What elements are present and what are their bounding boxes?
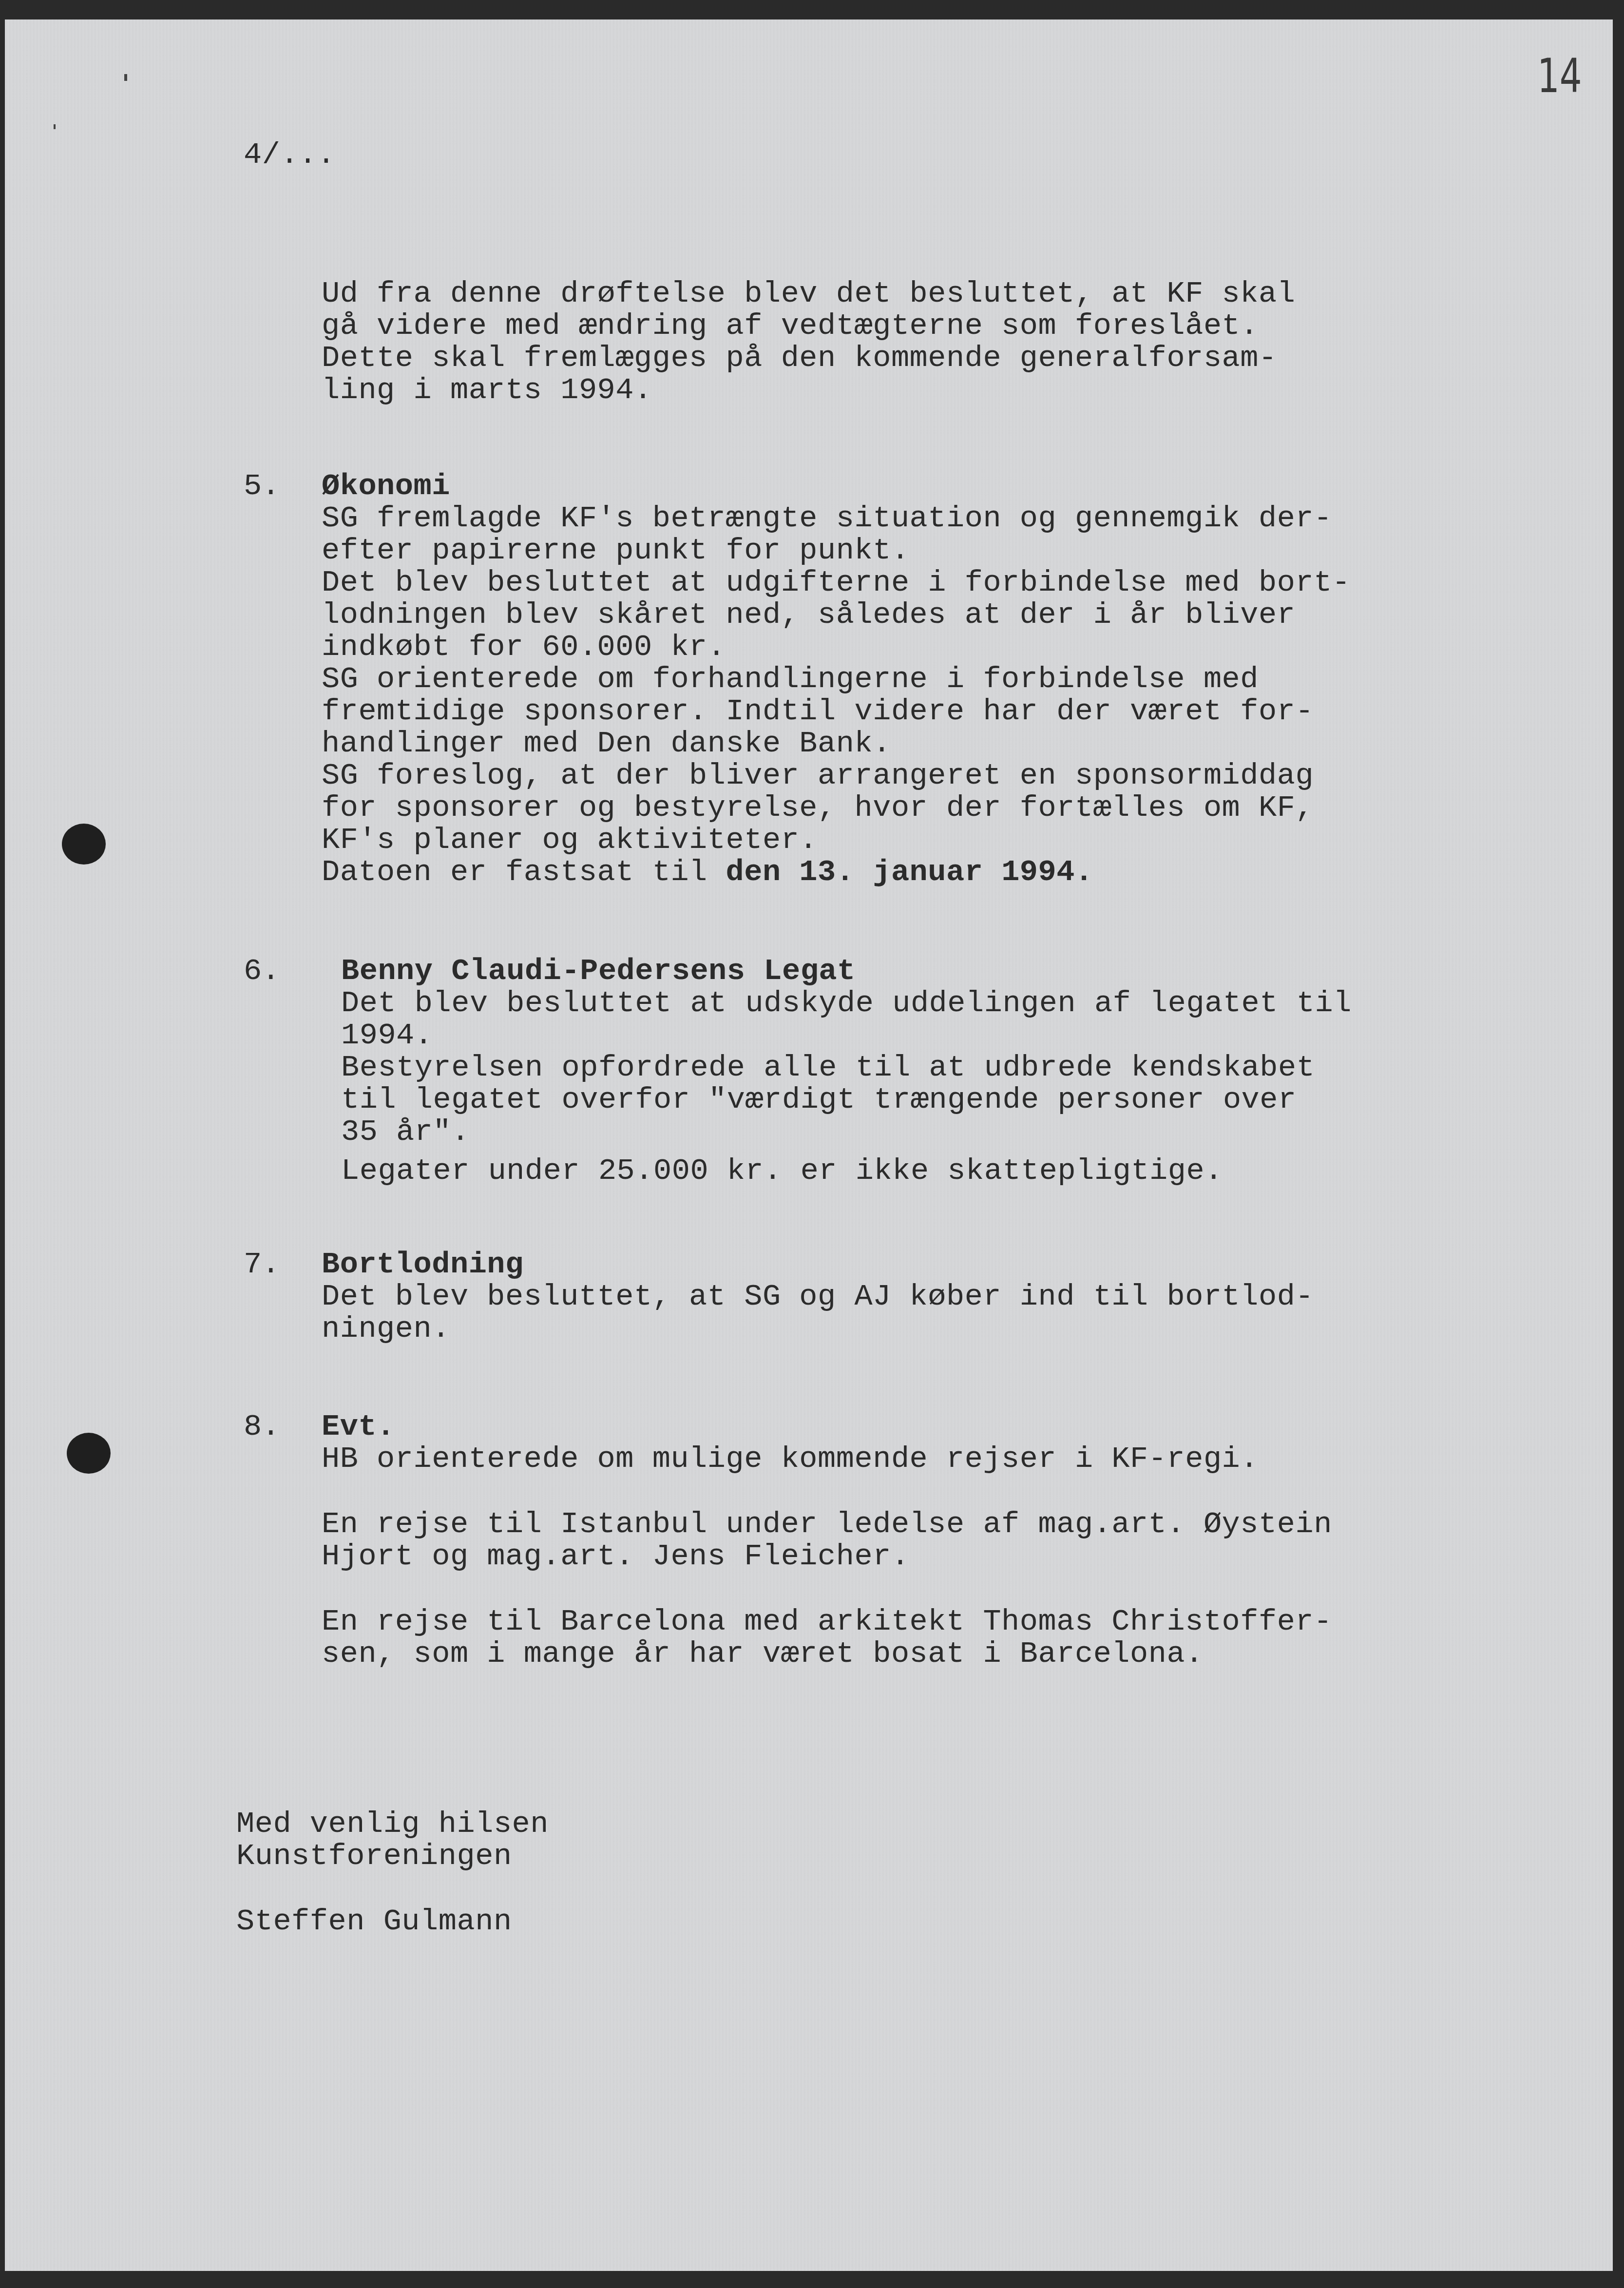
section-line-date: Datoen er fastsat til den 13. januar 199… <box>322 856 1093 888</box>
section-line: til legatet overfor "værdigt trængende p… <box>341 1084 1297 1116</box>
section-line: 35 år". <box>341 1116 470 1148</box>
section-line: Det blev besluttet at udgifterne i forbi… <box>322 567 1351 599</box>
punch-hole-top <box>62 824 106 865</box>
section-line: Det blev besluttet, at SG og AJ køber in… <box>322 1281 1314 1313</box>
section-line: ningen. <box>322 1313 450 1345</box>
section-line: indkøbt for 60.000 kr. <box>322 631 726 663</box>
section-heading: Bortlodning <box>322 1249 524 1281</box>
stray-mark <box>54 124 56 129</box>
section-line: SG fremlagde KF's betrængte situation og… <box>322 502 1332 535</box>
section-heading: Evt. <box>322 1411 395 1443</box>
section-line: fremtidige sponsorer. Indtil videre har … <box>322 695 1314 728</box>
section-line: for sponsorer og bestyrelse, hvor der fo… <box>322 792 1314 824</box>
section-number: 6. <box>244 955 280 987</box>
section-line: lodningen blev skåret ned, således at de… <box>322 599 1295 631</box>
section-heading: Økonomi <box>322 470 450 502</box>
handwritten-page-number: 14 <box>1537 49 1582 103</box>
section-line: Bestyrelsen opfordrede alle til at udbre… <box>341 1052 1315 1084</box>
meeting-date: den 13. januar 1994. <box>726 855 1093 889</box>
section-line: Legater under 25.000 kr. er ikke skattep… <box>341 1155 1223 1187</box>
section-line: Det blev besluttet at udskyde uddelingen… <box>341 987 1352 1019</box>
paragraph-line: ling i marts 1994. <box>322 374 652 406</box>
section-line: KF's planer og aktiviteter. <box>322 824 818 856</box>
section-number: 7. <box>244 1249 280 1281</box>
paragraph-line: gå videre med ændring af vedtægterne som… <box>322 310 1259 342</box>
section-heading: Benny Claudi-Pedersens Legat <box>341 955 856 987</box>
section-number: 5. <box>244 470 280 502</box>
continuation-marker: 4/... <box>244 139 336 171</box>
signatory-name: Steffen Gulmann <box>236 1905 512 1938</box>
section-line: SG foreslog, at der bliver arrangeret en… <box>322 760 1314 792</box>
paragraph-line: Dette skal fremlægges på den kommende ge… <box>322 342 1277 374</box>
section-line: sen, som i mange år har været bosat i Ba… <box>322 1638 1204 1670</box>
section-line: handlinger med Den danske Bank. <box>322 728 891 760</box>
section-line: HB orienterede om mulige kommende rejser… <box>322 1443 1259 1475</box>
date-prefix: Datoen er fastsat til <box>322 855 726 889</box>
section-line: Hjort og mag.art. Jens Fleicher. <box>322 1540 910 1573</box>
section-line: efter papirerne punkt for punkt. <box>322 535 910 567</box>
punch-hole-bottom <box>67 1433 111 1474</box>
stray-mark <box>124 74 127 81</box>
document-page: 14 4/... Ud fra denne drøftelse blev det… <box>5 19 1613 2271</box>
section-line: En rejse til Istanbul under ledelse af m… <box>322 1508 1332 1540</box>
organization-name: Kunstforeningen <box>236 1840 512 1872</box>
section-line: SG orienterede om forhandlingerne i forb… <box>322 663 1259 695</box>
section-line: 1994. <box>341 1019 433 1052</box>
paragraph-line: Ud fra denne drøftelse blev det beslutte… <box>322 278 1295 310</box>
salutation: Med venlig hilsen <box>236 1808 549 1840</box>
section-line: En rejse til Barcelona med arkitekt Thom… <box>322 1606 1332 1638</box>
section-number: 8. <box>244 1411 280 1443</box>
